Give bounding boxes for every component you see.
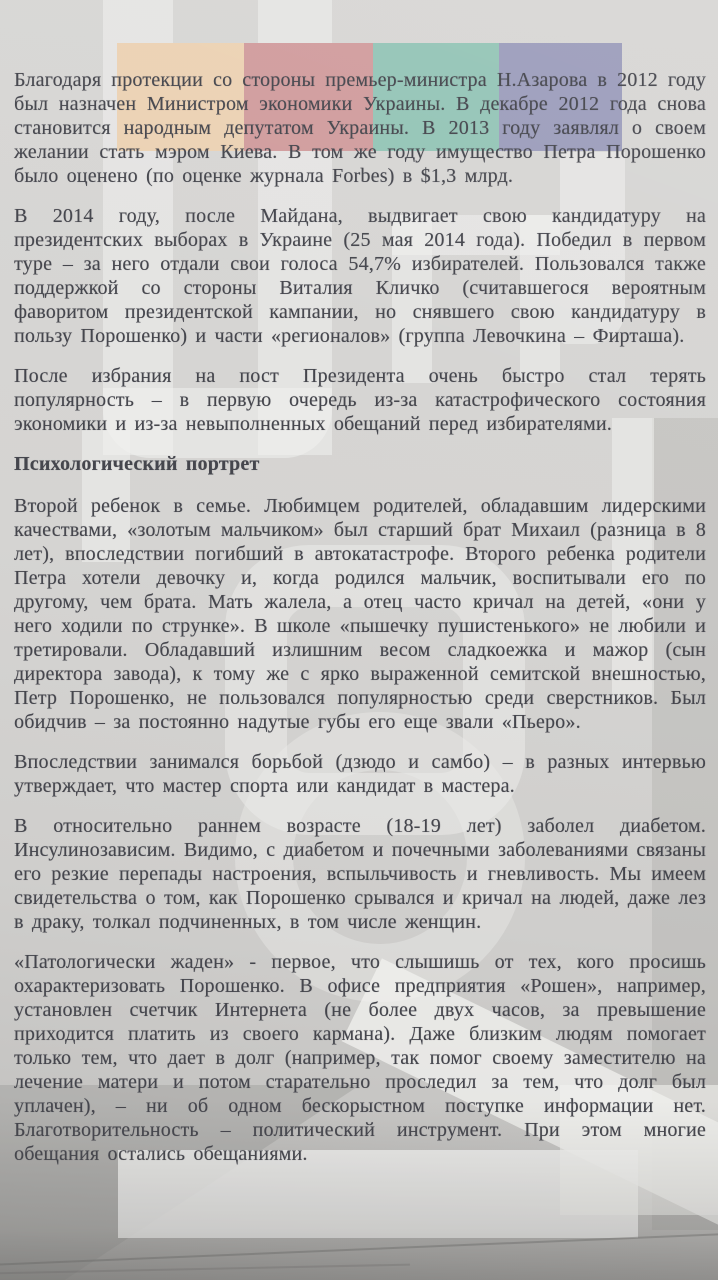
document-text: Благодаря протекции со стороны премьер-м… xyxy=(14,68,706,1182)
section-heading-psychological-portrait: Психологический портрет xyxy=(14,452,706,476)
paragraph-career-2012: Благодаря протекции со стороны премьер-м… xyxy=(14,68,706,188)
photographed-document-page: Благодаря протекции со стороны премьер-м… xyxy=(0,0,718,1280)
paragraph-sports: Впоследствии занимался борьбой (дзюдо и … xyxy=(14,750,706,798)
paragraph-popularity: После избрания на пост Президента очень … xyxy=(14,364,706,436)
paragraph-health: В относительно раннем возрасте (18-19 ле… xyxy=(14,814,706,934)
paragraph-childhood: Второй ребенок в семье. Любимцем родител… xyxy=(14,494,706,734)
paragraph-greed: «Патологически жаден» - первое, что слыш… xyxy=(14,950,706,1166)
paragraph-elections-2014: В 2014 году, после Майдана, выдвигает св… xyxy=(14,204,706,348)
